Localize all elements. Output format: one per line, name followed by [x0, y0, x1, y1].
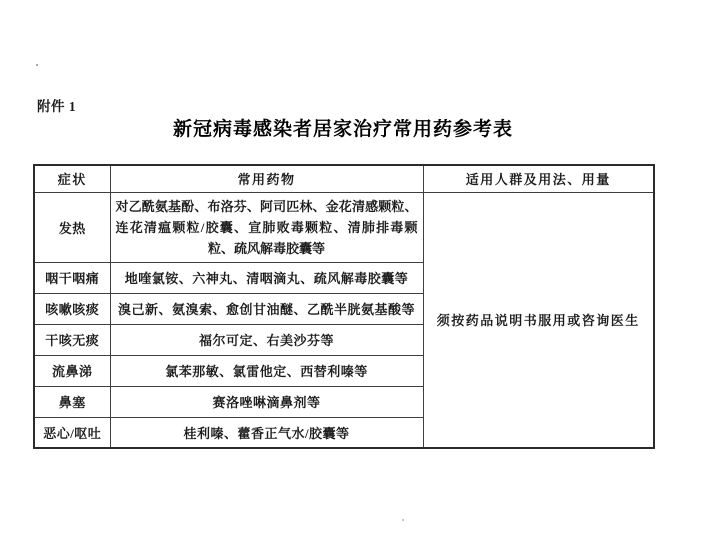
scan-artifact-dot: [36, 64, 38, 66]
header-usage: 适用人群及用法、用量: [423, 165, 654, 192]
medication-table: 症状 常用药物 适用人群及用法、用量 发热 对乙酰氨基酚、布洛芬、阿司匹林、金花…: [33, 164, 655, 449]
page-title: 新冠病毒感染者居家治疗常用药参考表: [33, 114, 653, 141]
medications-cell: 氯苯那敏、氯雷他定、西替利嗪等: [110, 355, 423, 386]
symptom-cell: 鼻塞: [34, 386, 110, 417]
header-symptom: 症状: [34, 165, 110, 192]
symptom-cell: 干咳无痰: [34, 324, 110, 355]
symptom-cell: 恶心/呕吐: [34, 417, 110, 448]
document-page: 附件 1 新冠病毒感染者居家治疗常用药参考表 症状 常用药物 适用人群及用法、用…: [0, 0, 726, 542]
medications-cell: 桂利嗪、藿香正气水/胶囊等: [110, 417, 423, 448]
symptom-cell: 发热: [34, 192, 110, 262]
scan-artifact-dot: [402, 519, 404, 521]
medications-cell: 福尔可定、右美沙芬等: [110, 324, 423, 355]
symptom-cell: 咳嗽咳痰: [34, 293, 110, 324]
usage-note-cell: 须按药品说明书服用或咨询医生: [423, 192, 654, 448]
header-medications: 常用药物: [110, 165, 423, 192]
medications-cell: 溴己新、氨溴索、愈创甘油醚、乙酰半胱氨基酸等: [110, 293, 423, 324]
symptom-cell: 咽干咽痛: [34, 262, 110, 293]
medications-cell: 对乙酰氨基酚、布洛芬、阿司匹林、金花清感颗粒、连花清瘟颗粒/胶囊、宣肺败毒颗粒、…: [110, 192, 423, 262]
table-row-fever: 发热 对乙酰氨基酚、布洛芬、阿司匹林、金花清感颗粒、连花清瘟颗粒/胶囊、宣肺败毒…: [34, 192, 654, 262]
symptom-cell: 流鼻涕: [34, 355, 110, 386]
medications-cell: 地喹氯铵、六神丸、清咽滴丸、疏风解毒胶囊等: [110, 262, 423, 293]
table-header-row: 症状 常用药物 适用人群及用法、用量: [34, 165, 654, 192]
medications-cell: 赛洛唑啉滴鼻剂等: [110, 386, 423, 417]
attachment-label: 附件 1: [37, 95, 76, 115]
